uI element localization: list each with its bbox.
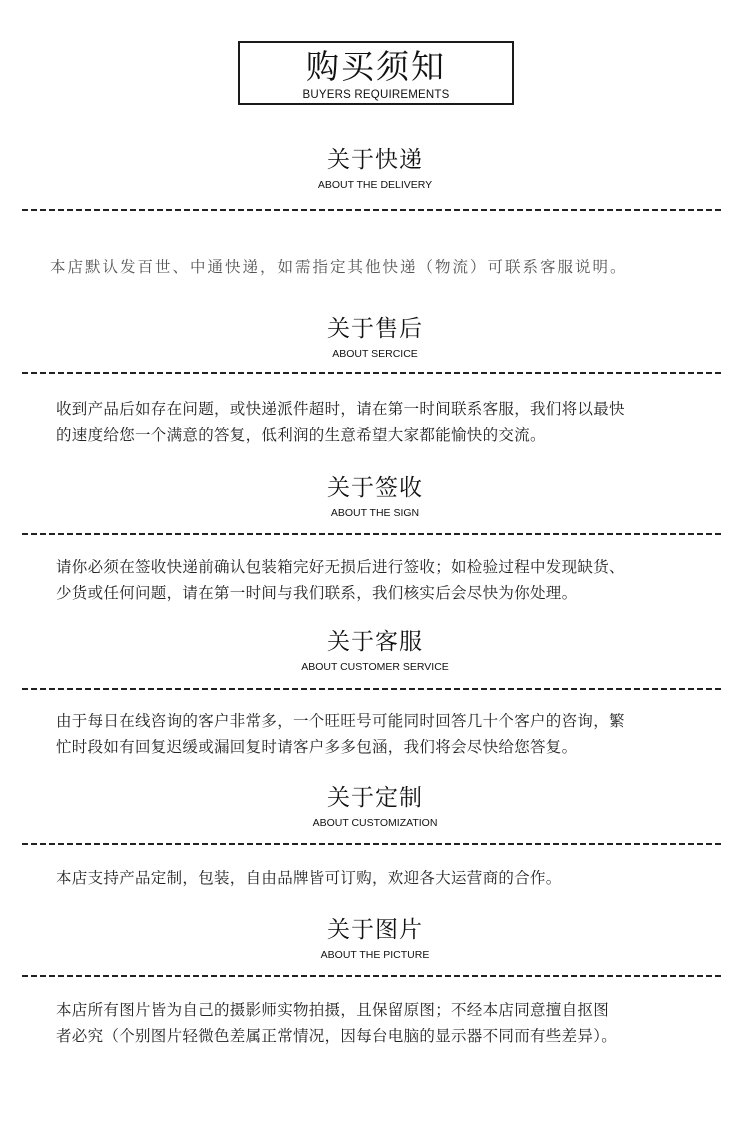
body-line: 少货或任何问题，请在第一时间与我们联系，我们核实后会尽快为你处理。: [56, 580, 706, 606]
section-subtitle: ABOUT THE DELIVERY: [0, 179, 750, 191]
dashed-divider: [22, 372, 722, 374]
section-body: 由于每日在线咨询的客户非常多，一个旺旺号可能同时回答几十个客户的咨询，繁 忙时段…: [56, 708, 706, 760]
body-line: 收到产品后如存在问题，或快递派件超时，请在第一时间联系客服，我们将以最快: [56, 396, 706, 422]
body-line: 请你必须在签收快递前确认包装箱完好无损后进行签收；如检验过程中发现缺货、: [56, 554, 706, 580]
section-title: 关于客服: [0, 629, 750, 655]
section-subtitle: ABOUT CUSTOMER SERVICE: [0, 661, 750, 673]
section-body: 本店默认发百世、中通快递，如需指定其他快递（物流）可联系客服说明。: [50, 254, 700, 280]
section-body: 本店所有图片皆为自己的摄影师实物拍摄，且保留原图；不经本店同意擅自抠图 者必究（…: [56, 997, 706, 1049]
section-subtitle: ABOUT CUSTOMIZATION: [0, 817, 750, 829]
body-line: 由于每日在线咨询的客户非常多，一个旺旺号可能同时回答几十个客户的咨询，繁: [56, 708, 706, 734]
section-title: 关于图片: [0, 917, 750, 943]
buyers-requirements-header: 购买须知 BUYERS REQUIREMENTS: [238, 41, 514, 105]
dashed-divider: [22, 209, 722, 211]
section-title: 关于快递: [0, 147, 750, 173]
page-title: 购买须知: [240, 48, 512, 86]
dashed-divider: [22, 533, 722, 535]
body-line: 本店支持产品定制，包装，自由品牌皆可订购，欢迎各大运营商的合作。: [56, 865, 706, 891]
dashed-divider: [22, 975, 722, 977]
section-subtitle: ABOUT THE SIGN: [0, 507, 750, 519]
body-line: 忙时段如有回复迟缓或漏回复时请客户多多包涵，我们将会尽快给您答复。: [56, 734, 706, 760]
section-subtitle: ABOUT THE PICTURE: [0, 949, 750, 961]
section-body: 请你必须在签收快递前确认包装箱完好无损后进行签收；如检验过程中发现缺货、 少货或…: [56, 554, 706, 606]
section-title: 关于签收: [0, 475, 750, 501]
section-title: 关于定制: [0, 785, 750, 811]
dashed-divider: [22, 688, 722, 690]
page-subtitle: BUYERS REQUIREMENTS: [240, 88, 512, 102]
section-title: 关于售后: [0, 316, 750, 342]
section-body: 收到产品后如存在问题，或快递派件超时，请在第一时间联系客服，我们将以最快 的速度…: [56, 396, 706, 448]
section-body: 本店支持产品定制，包装，自由品牌皆可订购，欢迎各大运营商的合作。: [56, 865, 706, 891]
body-line: 本店默认发百世、中通快递，如需指定其他快递（物流）可联系客服说明。: [50, 254, 700, 280]
body-line: 的速度给您一个满意的答复，低利润的生意希望大家都能愉快的交流。: [56, 422, 706, 448]
body-line: 本店所有图片皆为自己的摄影师实物拍摄，且保留原图；不经本店同意擅自抠图: [56, 997, 706, 1023]
dashed-divider: [22, 843, 722, 845]
section-subtitle: ABOUT SERCICE: [0, 348, 750, 360]
body-line: 者必究（个别图片轻微色差属正常情况，因每台电脑的显示器不同而有些差异）。: [56, 1023, 706, 1049]
